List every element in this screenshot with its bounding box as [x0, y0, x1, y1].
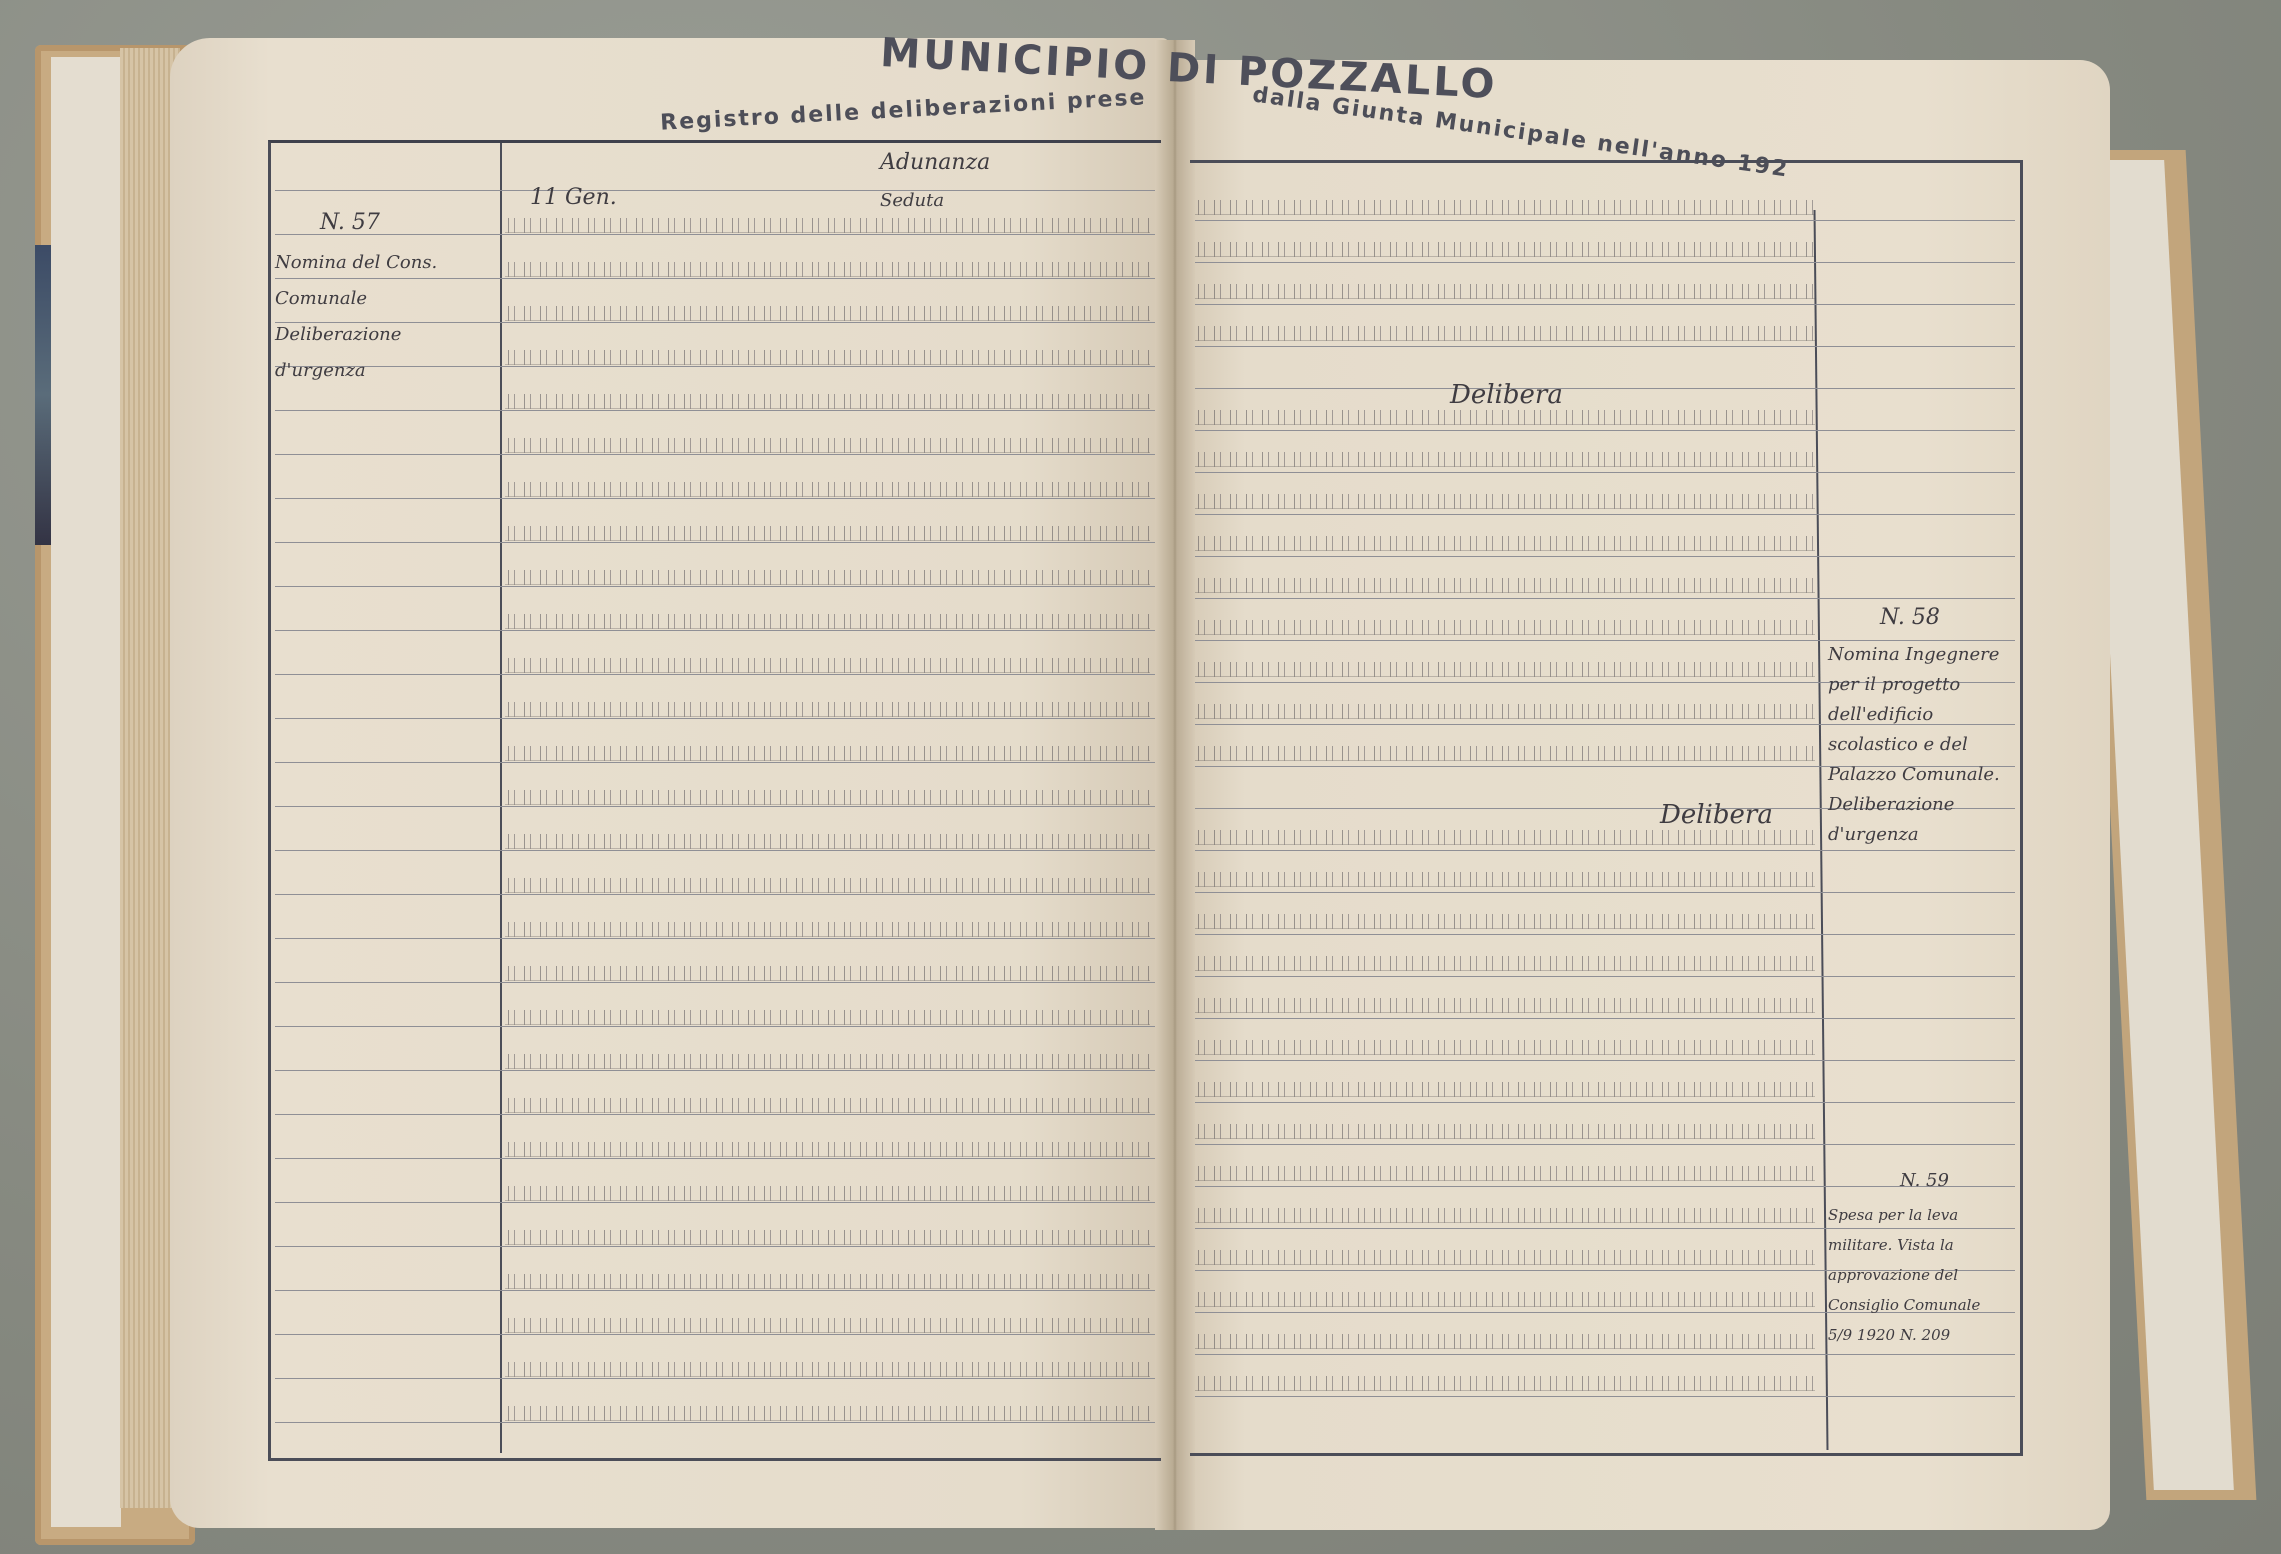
entry-number-59: N. 59 — [1900, 1170, 1949, 1191]
keyword-delibera-2: Delibera — [1660, 800, 1773, 830]
annotation-date: 11 Gen. — [530, 185, 617, 210]
marbled-paper-left — [35, 245, 51, 545]
entry-number-57: N. 57 — [320, 210, 380, 235]
entry-caption-59: Spesa per la leva militare. Vista la app… — [1828, 1200, 2008, 1350]
entry-number-58: N. 58 — [1880, 605, 1940, 630]
book-gutter — [1155, 40, 1195, 1530]
annotation-seduta: Seduta — [880, 190, 944, 211]
annotation-adunanza: Adunanza — [880, 150, 990, 175]
endpaper-left — [51, 57, 121, 1527]
left-margin-column-line — [500, 143, 502, 1453]
entry-caption-58: Nomina Ingegnere per il progetto dell'ed… — [1828, 640, 2008, 850]
entry-caption-57: Nomina del Cons. Comunale Deliberazione … — [275, 245, 495, 389]
keyword-delibera: Delibera — [1450, 380, 1563, 410]
